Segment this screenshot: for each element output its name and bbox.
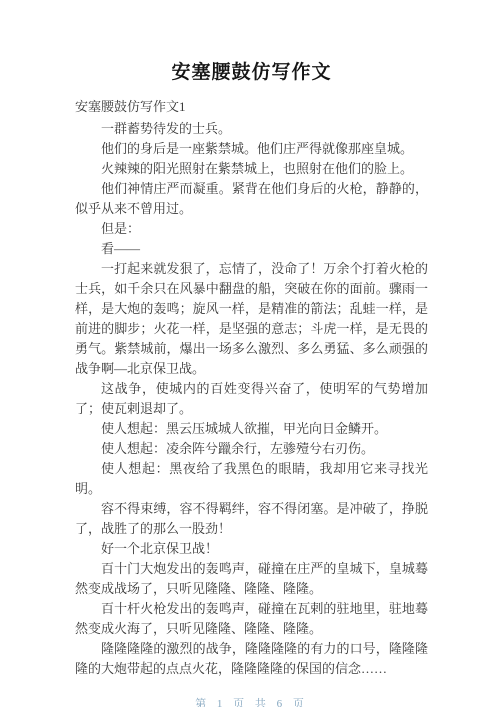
paragraph: 一打起来就发狠了，忘情了，没命了！万余个打着火枪的士兵，如千余只在风暴中翻盘的船… <box>75 259 428 379</box>
paragraph: 但是： <box>75 219 428 239</box>
section-heading: 安塞腰鼓仿写作文1 <box>75 97 428 117</box>
paragraph: 看—— <box>75 239 428 259</box>
paragraph: 百十门大炮发出的轰鸣声，碰撞在庄严的皇城下，皇城蓦然变成战场了，只听见隆隆、隆隆… <box>75 559 428 599</box>
page-footer: 第 1 页 共 6 页 <box>75 694 428 707</box>
page-indicator: 第 1 页 共 6 页 <box>195 696 308 707</box>
paragraph: 他们神情庄严而凝重。紧背在他们身后的火枪，静静的，似乎从来不曾用过。 <box>75 179 428 219</box>
paragraph: 他们的身后是一座紫禁城。他们庄严得就像那座皇城。 <box>75 139 428 159</box>
paragraph: 使人想起：黑云压城城人欲摧，甲光向日金鳞开。 <box>75 419 428 439</box>
paragraph: 隆隆隆隆的激烈的战争，隆隆隆隆的有力的口号，隆隆隆隆的大炮带起的点点火花，隆隆隆… <box>75 639 428 679</box>
document-body: 一群蓄势待发的士兵。 他们的身后是一座紫禁城。他们庄严得就像那座皇城。 火辣辣的… <box>75 119 428 679</box>
document-title: 安塞腰鼓仿写作文 <box>75 60 428 86</box>
paragraph: 百十杆火枪发出的轰鸣声，碰撞在瓦剌的驻地里，驻地蓦然变成火海了，只听见隆隆、隆隆… <box>75 599 428 639</box>
paragraph: 火辣辣的阳光照射在紫禁城上，也照射在他们的脸上。 <box>75 159 428 179</box>
paragraph: 容不得束缚，容不得羁绊，容不得闭塞。是冲破了，挣脱了，战胜了的那么一股劲！ <box>75 499 428 539</box>
paragraph: 好一个北京保卫战！ <box>75 539 428 559</box>
paragraph: 这战争，使城内的百姓变得兴奋了，使明军的气势增加了；使瓦剌退却了。 <box>75 379 428 419</box>
paragraph: 一群蓄势待发的士兵。 <box>75 119 428 139</box>
paragraph: 使人想起：凌余阵兮躐余行，左骖殪兮右刃伤。 <box>75 439 428 459</box>
document-page: 安塞腰鼓仿写作文 安塞腰鼓仿写作文1 一群蓄势待发的士兵。 他们的身后是一座紫禁… <box>0 0 500 707</box>
paragraph: 使人想起：黑夜给了我黑色的眼睛，我却用它来寻找光明。 <box>75 459 428 499</box>
